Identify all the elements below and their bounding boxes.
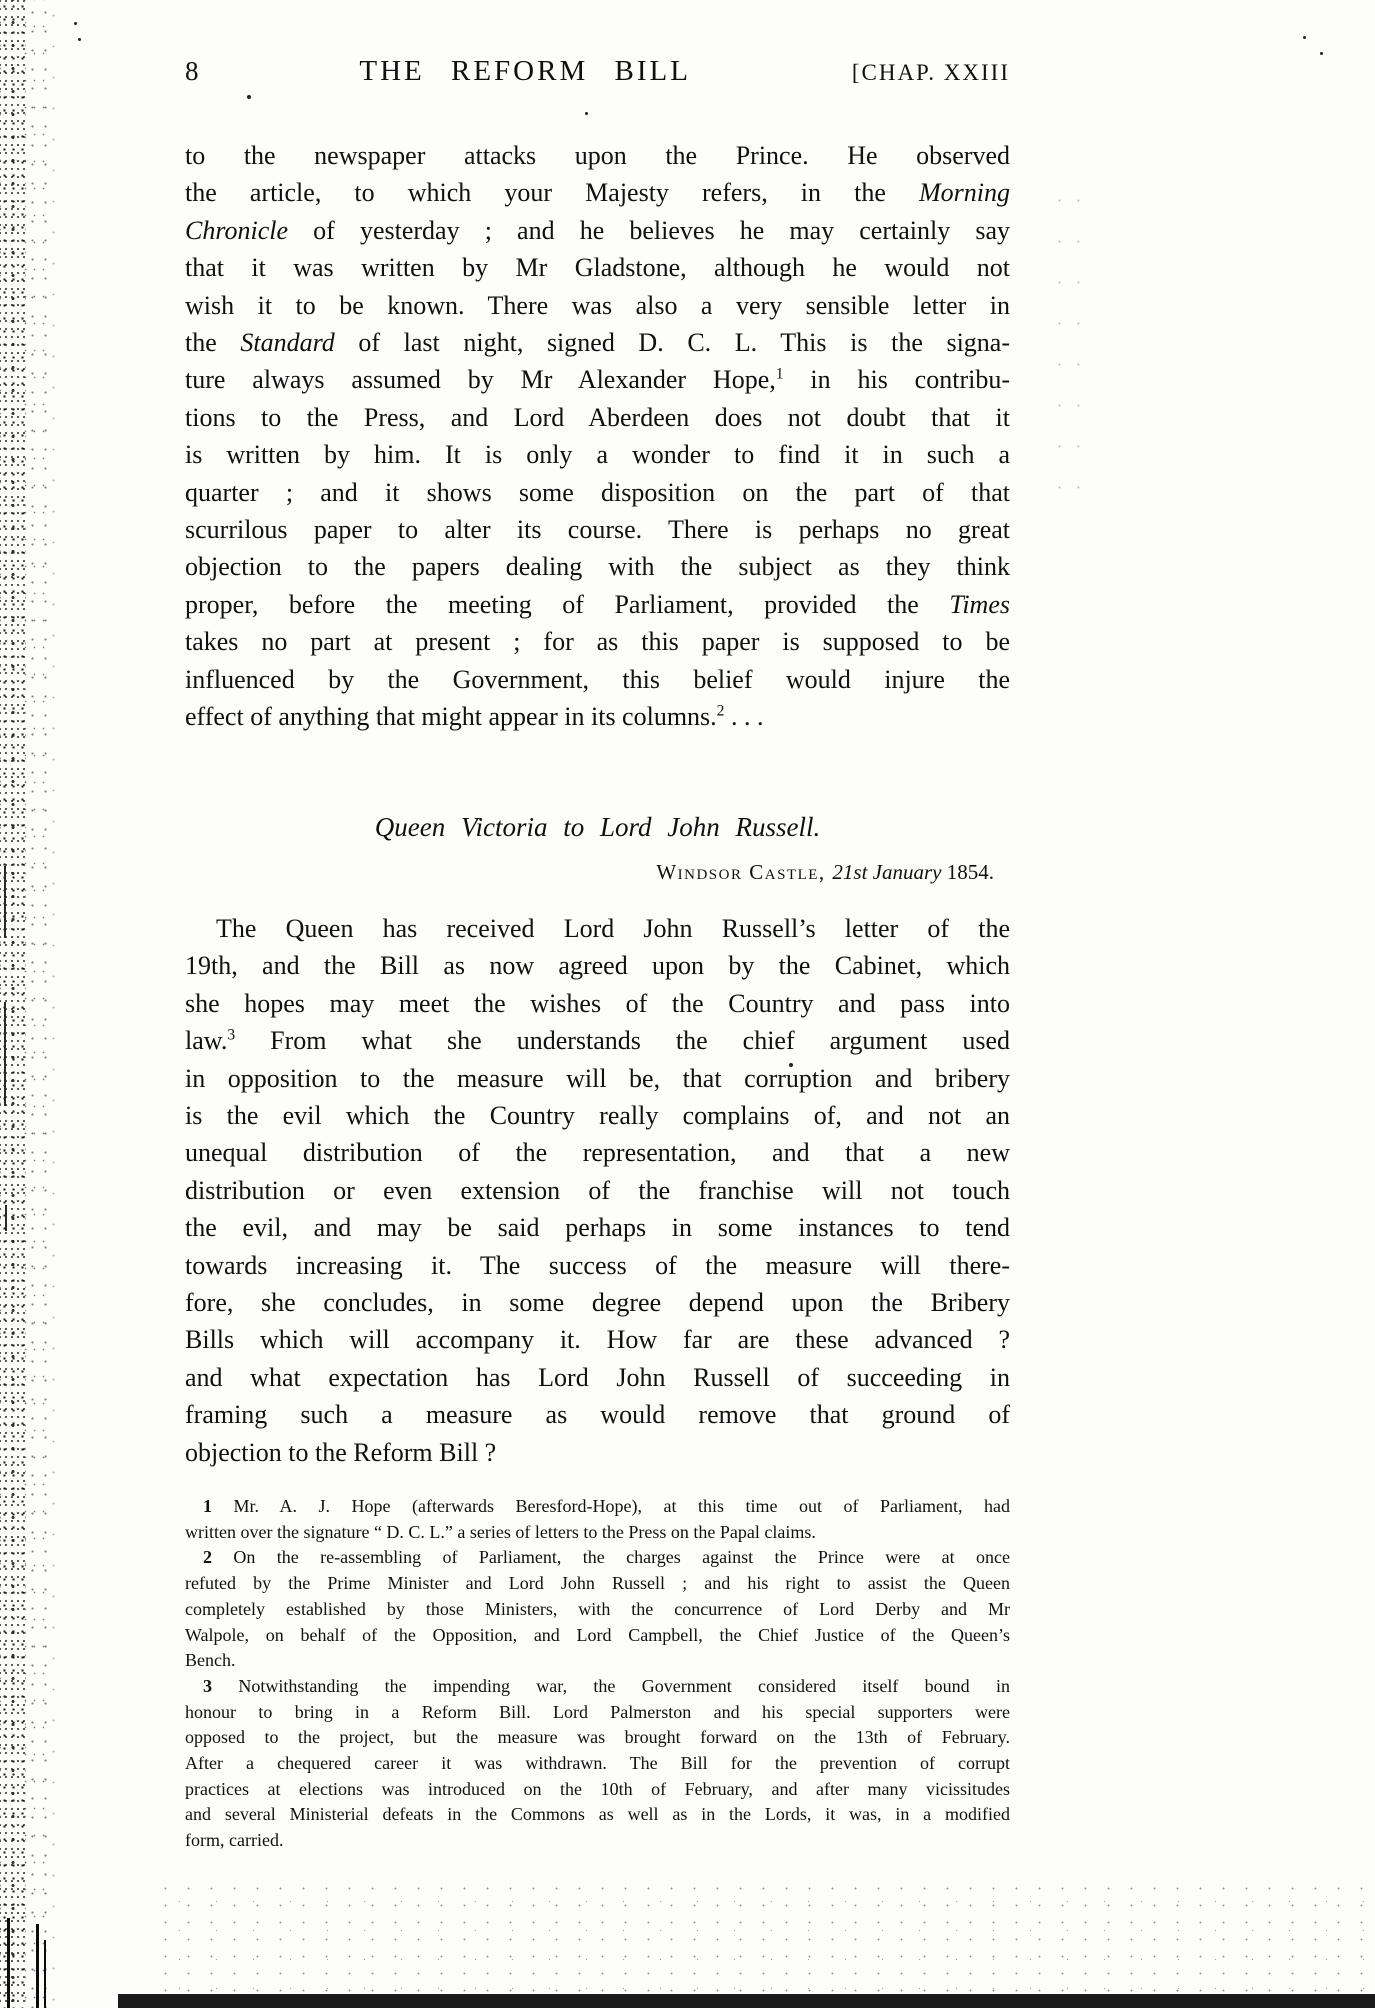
scan-edge-bar bbox=[118, 1994, 1375, 2008]
text-line: influenced by the Government, this belie… bbox=[185, 661, 1010, 698]
text-line: ture always assumed by Mr Alexander Hope… bbox=[185, 361, 1010, 398]
footnotes-block: 1 Mr. A. J. Hope (afterwards Beresford-H… bbox=[185, 1494, 1010, 1854]
text-line: opposed to the project, but the measure … bbox=[185, 1725, 1010, 1751]
text-line: refuted by the Prime Minister and Lord J… bbox=[185, 1571, 1010, 1597]
text-line: is written by him. It is only a wonder t… bbox=[185, 436, 1010, 473]
scan-noise-left-mid bbox=[24, 0, 48, 2008]
scan-line-artifact bbox=[36, 1924, 39, 2008]
scan-speck bbox=[78, 38, 81, 41]
text-line: After a chequered career it was withdraw… bbox=[185, 1751, 1010, 1777]
footnote-3: 3 Notwithstanding the impending war, the… bbox=[185, 1674, 1010, 1854]
text-line: The Queen has received Lord John Russell… bbox=[185, 910, 1010, 947]
text-line: Windsor Castle, 21st January 1854. bbox=[185, 860, 994, 885]
text-line: the evil, and may be said perhaps in som… bbox=[185, 1209, 1010, 1246]
scanned-book-page: 8 THE REFORM BILL [CHAP. XXIII to the ne… bbox=[0, 0, 1375, 2008]
text-line: towards increasing it. The success of th… bbox=[185, 1247, 1010, 1284]
scan-line-artifact bbox=[7, 1918, 10, 2008]
scan-noise-bottom bbox=[150, 1878, 1375, 1996]
text-line: is the evil which the Country really com… bbox=[185, 1097, 1010, 1134]
text-line: quarter ; and it shows some disposition … bbox=[185, 474, 1010, 511]
text-line: that it was written by Mr Gladstone, alt… bbox=[185, 249, 1010, 286]
text-line: the article, to which your Majesty refer… bbox=[185, 174, 1010, 211]
text-line: honour to bring in a Reform Bill. Lord P… bbox=[185, 1700, 1010, 1726]
footnote-2: 2 On the re-assembling of Parliament, th… bbox=[185, 1545, 1010, 1674]
chapter-marker: [CHAP. XXIII bbox=[852, 60, 1010, 86]
text-line: in opposition to the measure will be, th… bbox=[185, 1060, 1010, 1097]
text-line: Bench. bbox=[185, 1648, 1010, 1674]
running-title: THE REFORM BILL bbox=[199, 55, 852, 88]
text-line: completely established by those Minister… bbox=[185, 1597, 1010, 1623]
scan-margin-mark bbox=[4, 866, 6, 938]
scan-noise-left-faint bbox=[46, 0, 66, 2008]
text-line: fore, she concludes, in some degree depe… bbox=[185, 1284, 1010, 1321]
text-line: law.3 From what she understands the chie… bbox=[185, 1022, 1010, 1059]
letter-dateline: Windsor Castle, 21st January 1854. bbox=[185, 860, 1010, 885]
text-line: unequal distribution of the representati… bbox=[185, 1134, 1010, 1171]
text-line: takes no part at present ; for as this p… bbox=[185, 623, 1010, 660]
scan-speck bbox=[1320, 52, 1323, 55]
text-line: 2 On the re-assembling of Parliament, th… bbox=[185, 1545, 1010, 1571]
footnote-1: 1 Mr. A. J. Hope (afterwards Beresford-H… bbox=[185, 1494, 1010, 1545]
text-line: scurrilous paper to alter its course. Th… bbox=[185, 511, 1010, 548]
text-line: she hopes may meet the wishes of the Cou… bbox=[185, 985, 1010, 1022]
text-line: distribution or even extension of the fr… bbox=[185, 1172, 1010, 1209]
scan-speck bbox=[247, 95, 251, 99]
scan-speck bbox=[789, 1063, 793, 1067]
text-line: objection to the Reform Bill ? bbox=[185, 1434, 1010, 1471]
text-line: practices at elections was introduced on… bbox=[185, 1777, 1010, 1803]
text-line: proper, before the meeting of Parliament… bbox=[185, 586, 1010, 623]
text-line: 19th, and the Bill as now agreed upon by… bbox=[185, 947, 1010, 984]
text-line: written over the signature “ D. C. L.” a… bbox=[185, 1520, 1010, 1546]
text-line: and what expectation has Lord John Russe… bbox=[185, 1359, 1010, 1396]
text-line: wish it to be known. There was also a ve… bbox=[185, 287, 1010, 324]
text-line: Bills which will accompany it. How far a… bbox=[185, 1321, 1010, 1358]
text-line: framing such a measure as would remove t… bbox=[185, 1396, 1010, 1433]
text-line: Walpole, on behalf of the Opposition, an… bbox=[185, 1623, 1010, 1649]
scan-margin-mark bbox=[5, 1205, 7, 1231]
letter-continuation-paragraph: to the newspaper attacks upon the Prince… bbox=[185, 137, 1010, 736]
text-line: tions to the Press, and Lord Aberdeen do… bbox=[185, 399, 1010, 436]
text-line: and several Ministerial defeats in the C… bbox=[185, 1802, 1010, 1828]
page-header: 8 THE REFORM BILL [CHAP. XXIII bbox=[185, 55, 1010, 88]
text-line: 1 Mr. A. J. Hope (afterwards Beresford-H… bbox=[185, 1494, 1010, 1520]
text-line: effect of anything that might appear in … bbox=[185, 698, 1010, 735]
scan-speck bbox=[585, 112, 588, 115]
scan-margin-mark bbox=[4, 1002, 6, 1106]
text-line: Chronicle of yesterday ; and he believes… bbox=[185, 212, 1010, 249]
text-line: objection to the papers dealing with the… bbox=[185, 548, 1010, 585]
page-number: 8 bbox=[185, 56, 199, 87]
scan-line-artifact bbox=[44, 1940, 46, 2008]
scan-speck bbox=[74, 22, 77, 25]
text-line: 3 Notwithstanding the impending war, the… bbox=[185, 1674, 1010, 1700]
scan-noise-right bbox=[1050, 180, 1080, 500]
letter-body-paragraph: The Queen has received Lord John Russell… bbox=[185, 910, 1010, 1471]
letter-heading: Queen Victoria to Lord John Russell. bbox=[185, 812, 1010, 843]
text-line: to the newspaper attacks upon the Prince… bbox=[185, 137, 1010, 174]
text-line: the Standard of last night, signed D. C.… bbox=[185, 324, 1010, 361]
scan-speck bbox=[1303, 36, 1306, 39]
text-line: form, carried. bbox=[185, 1828, 1010, 1854]
